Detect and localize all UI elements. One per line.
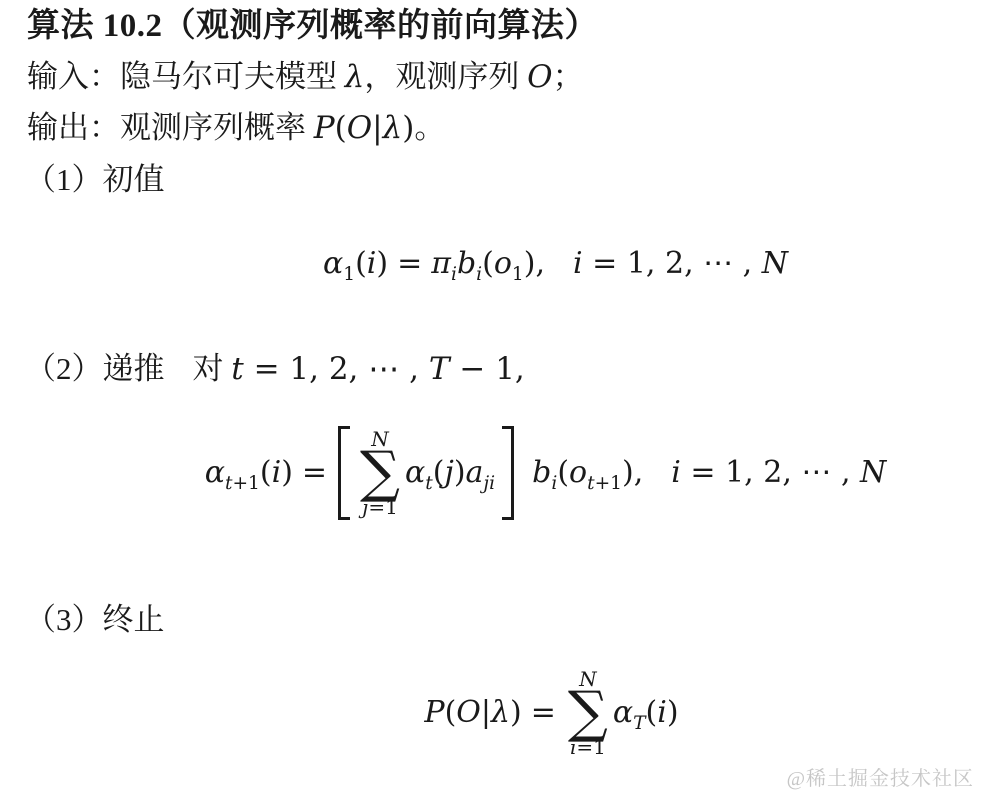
- math-expression: P(O|λ)=: [424, 695, 565, 730]
- step-2-title: （2）递推: [25, 351, 165, 386]
- output-line: 输出：观测序列概率 P(O|λ)。: [27, 109, 445, 148]
- formula-recursion: αt+1(i)= N ∑ j=1 αt(j)aji bi(ot+1), i = …: [0, 425, 987, 521]
- math-token: O: [347, 110, 372, 146]
- sigma-icon: ∑: [360, 450, 400, 496]
- index-range: i = 1, 2, ⋯ , N: [573, 246, 788, 281]
- output-text-end: 。: [414, 110, 445, 145]
- input-text-mid: ，观测序列: [364, 59, 527, 94]
- math-token: |: [372, 110, 382, 146]
- math-expression: bi(ot+1),: [520, 455, 643, 490]
- math-expression: αT(i): [613, 695, 679, 730]
- step-2-label: （2）递推对 t = 1, 2, ⋯ , T − 1,: [25, 350, 525, 389]
- math-expression: αt+1(i)=: [205, 455, 336, 490]
- summation-operator: N ∑ i=1: [568, 665, 608, 761]
- watermark: @稀土掘金技术社区: [787, 762, 974, 791]
- formula-recursion-body: αt+1(i)= N ∑ j=1 αt(j)aji bi(ot+1), i = …: [205, 425, 887, 521]
- textbook-page: 算法 10.2（观测序列概率的前向算法） 输入：隐马尔可夫模型 λ，观测序列 O…: [0, 0, 987, 812]
- math-token: ): [402, 110, 414, 146]
- math-expression: αt(j)aji: [405, 455, 495, 490]
- step-1-label: （1）初值: [25, 161, 165, 200]
- right-bracket: [502, 426, 514, 520]
- math-token: P: [314, 110, 335, 146]
- index-range: i = 1, 2, ⋯ , N: [671, 455, 886, 490]
- sigma-icon: ∑: [568, 690, 608, 736]
- sum-lower-limit: j=1: [362, 496, 398, 518]
- math-expression: α1(i)=πibi(o1),: [323, 246, 545, 281]
- input-text-end: ；: [553, 59, 584, 94]
- lambda-symbol: λ: [345, 59, 365, 95]
- input-text: 输入：隐马尔可夫模型: [27, 59, 345, 94]
- formula-initial: α1(i)=πibi(o1),i = 1, 2, ⋯ , N: [0, 246, 987, 281]
- input-line: 输入：隐马尔可夫模型 λ，观测序列 O；: [27, 58, 584, 97]
- summation-operator: N ∑ j=1: [360, 425, 400, 521]
- step-3-label: （3）终止: [25, 601, 165, 640]
- formula-termination: P(O|λ)= N ∑ i=1 αT(i): [0, 665, 987, 761]
- step-2-condition: 对 t = 1, 2, ⋯ , T − 1,: [193, 351, 525, 386]
- formula-initial-body: α1(i)=πibi(o1),i = 1, 2, ⋯ , N: [323, 246, 788, 281]
- algorithm-title: 算法 10.2（观测序列概率的前向算法）: [27, 6, 598, 47]
- math-token: (: [335, 110, 347, 146]
- output-text: 输出：观测序列概率: [27, 110, 314, 145]
- formula-termination-body: P(O|λ)= N ∑ i=1 αT(i): [424, 665, 678, 761]
- math-token: λ: [383, 110, 403, 146]
- observation-symbol: O: [527, 59, 552, 95]
- left-bracket: [338, 426, 350, 520]
- bracketed-sum: N ∑ j=1 αt(j)aji: [338, 425, 514, 521]
- sum-lower-limit: i=1: [570, 736, 606, 758]
